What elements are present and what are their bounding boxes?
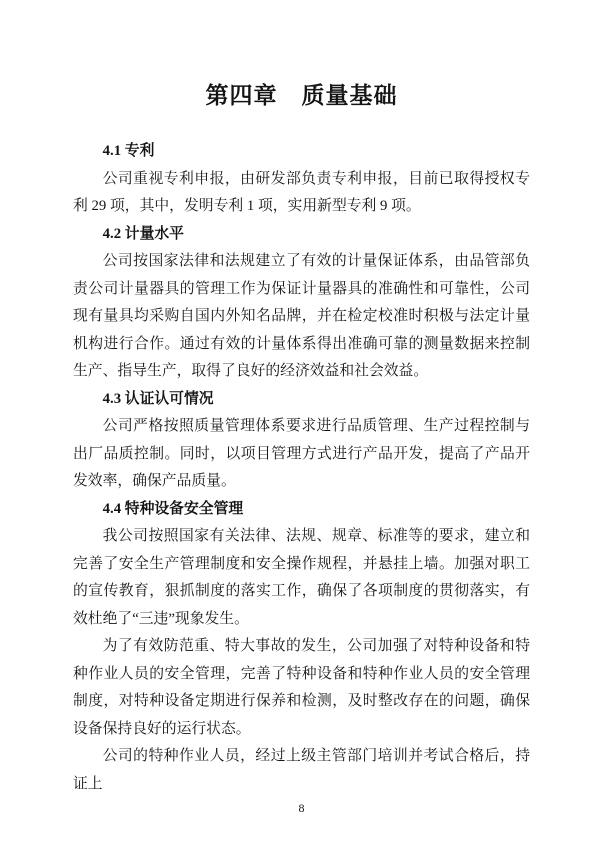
- section-heading: 4.4 特种设备安全管理: [73, 496, 530, 524]
- section-heading: 4.3 认证认可情况: [73, 386, 530, 414]
- section-patents: 4.1 专利 公司重视专利申报，由研发部负责专利申报，目前已取得授权专利 29 …: [73, 138, 530, 221]
- paragraph: 为了有效防范重、特大事故的发生，公司加强了对特种设备和特种作业人员的安全管理，完…: [73, 633, 530, 743]
- page-number: 8: [299, 801, 305, 815]
- paragraph: 公司的特种作业人员，经过上级主管部门培训并考试合格后，持证上: [73, 743, 530, 798]
- section-special-equipment-safety: 4.4 特种设备安全管理 我公司按照国家有关法律、法规、规章、标准等的要求，建立…: [73, 496, 530, 799]
- document-page: 第四章 质量基础 4.1 专利 公司重视专利申报，由研发部负责专利申报，目前已取…: [0, 0, 600, 848]
- paragraph: 我公司按照国家有关法律、法规、规章、标准等的要求，建立和完善了安全生产管理制度和…: [73, 523, 530, 633]
- document-body: 4.1 专利 公司重视专利申报，由研发部负责专利申报，目前已取得授权专利 29 …: [73, 138, 530, 798]
- section-heading: 4.1 专利: [73, 138, 530, 166]
- paragraph: 公司重视专利申报，由研发部负责专利申报，目前已取得授权专利 29 项，其中，发明…: [73, 166, 530, 221]
- chapter-title: 第四章 质量基础: [73, 78, 530, 114]
- paragraph: 公司严格按照质量管理体系要求进行品质管理、生产过程控制与出厂品质控制。同时，以项…: [73, 413, 530, 496]
- section-heading: 4.2 计量水平: [73, 221, 530, 249]
- section-certification: 4.3 认证认可情况 公司严格按照质量管理体系要求进行品质管理、生产过程控制与出…: [73, 386, 530, 496]
- page-footer: 8: [73, 800, 530, 816]
- section-measurement-level: 4.2 计量水平 公司按国家法律和法规建立了有效的计量保证体系，由品管部负责公司…: [73, 221, 530, 386]
- paragraph: 公司按国家法律和法规建立了有效的计量保证体系，由品管部负责公司计量器具的管理工作…: [73, 248, 530, 386]
